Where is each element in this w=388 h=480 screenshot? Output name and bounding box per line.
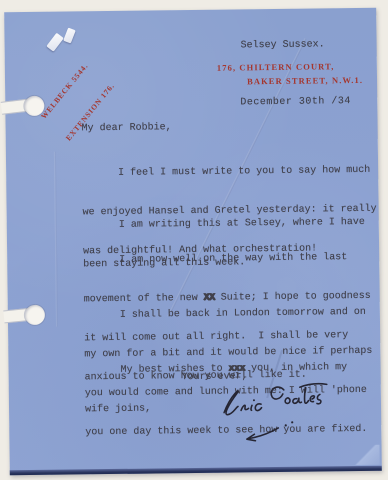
paper-bottom-edge	[10, 466, 382, 476]
punch-hole-bottom	[25, 305, 45, 325]
line-text: wife joins,	[85, 404, 151, 416]
letter-line: I shall be back in London tomorrow and o…	[84, 306, 372, 323]
line-text: I feel I must write to you to say how mu…	[118, 165, 370, 179]
salutation: My dear Robbie,	[82, 121, 172, 135]
signature-eric-coates	[214, 380, 335, 443]
letterhead-place: Selsey Sussex.	[241, 38, 325, 52]
letter-line: I am now well on the way with the last	[83, 251, 370, 268]
line-text: I shall be back in London tomorrow and o…	[120, 307, 366, 321]
embossed-mark	[46, 33, 63, 52]
letterhead-address-line1: 176, CHILTERN COURT,	[217, 61, 335, 72]
letter-line: I feel I must write to you to say how mu…	[82, 164, 376, 181]
letter-date: December 30th /34	[240, 95, 351, 109]
signature-flourish	[247, 428, 278, 439]
folded-corner	[353, 445, 379, 465]
letterhead-address-line2: BAKER STREET, N.W.1.	[247, 75, 363, 86]
line-text: you, in which my	[245, 362, 347, 374]
letter-paper: WELBECK 5544. EXTENSION 176. Selsey Suss…	[4, 8, 382, 476]
paper-crease-vertical	[54, 152, 58, 327]
scan-background: { "colors": { "paper_blue": "#8ca1d0", "…	[0, 0, 388, 480]
line-text: I am now well on the way with the last	[119, 252, 347, 266]
